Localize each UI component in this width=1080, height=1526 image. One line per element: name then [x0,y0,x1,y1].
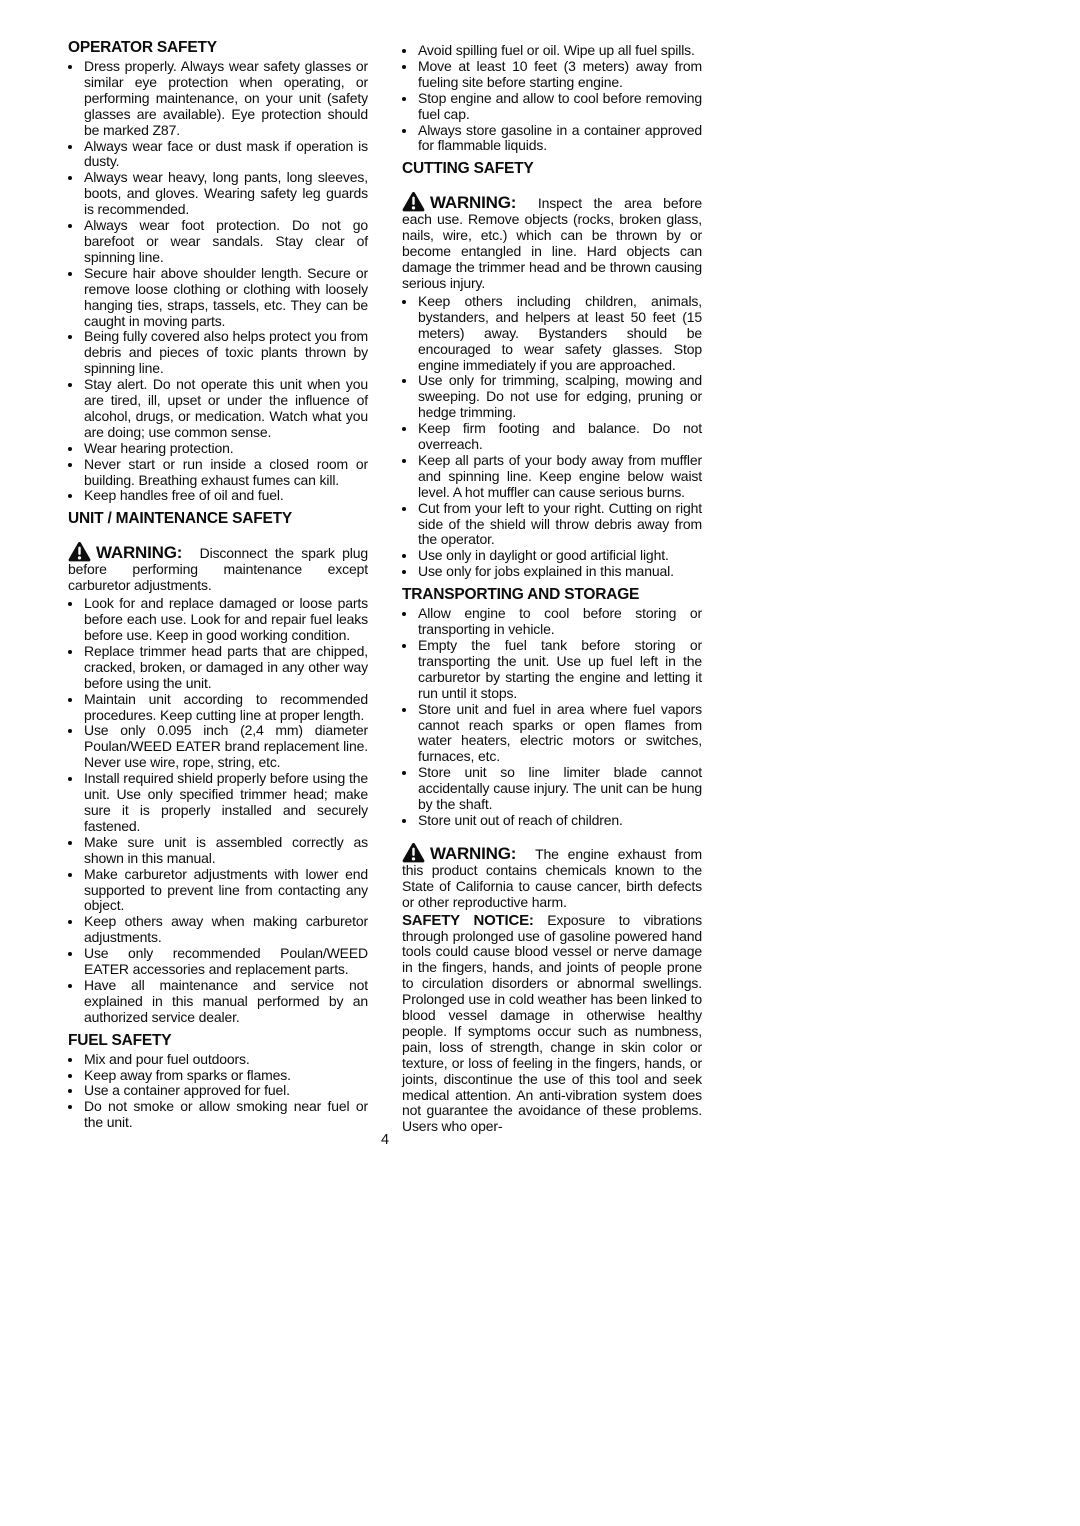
bullet-item: Empty the fuel tank before storing or tr… [417,638,702,702]
bullet-list: Mix and pour fuel outdoors.Keep away fro… [68,1052,368,1132]
bullet-item: Store unit so line limiter blade cannot … [417,765,702,813]
bullet-item: Keep handles free of oil and fuel. [83,488,368,504]
warning-label: WARNING: [96,543,182,562]
safety-notice-text: Exposure to vibrations through prolonged… [402,912,702,1135]
bullet-item: Make carburetor adjustments with lower e… [83,867,368,915]
warning-triangle-icon [402,842,425,863]
bullet-item: Store unit out of reach of children. [417,813,702,829]
bullet-item: Do not smoke or allow smoking near fuel … [83,1099,368,1131]
bullet-item: Cut from your left to your right. Cuttin… [417,501,702,549]
bullet-item: Install required shield properly before … [83,771,368,835]
bullet-item: Store unit and fuel in area where fuel v… [417,702,702,766]
warning-paragraph: WARNING: The engine exhaust from this pr… [402,842,702,911]
warning-paragraph: WARNING: Inspect the area before each us… [402,191,702,292]
warning-label: WARNING: [430,844,516,863]
bullet-list: Keep others including children, animals,… [402,294,702,580]
section-heading: UNIT / MAINTENANCE SAFETY [68,509,368,528]
warning-label: WARNING: [430,193,516,212]
bullet-item: Make sure unit is assembled correctly as… [83,835,368,867]
bullet-item: Use only for trimming, scalping, mowing … [417,373,702,421]
bullet-item: Stop engine and allow to cool before rem… [417,91,702,123]
bullet-list: Avoid spilling fuel or oil. Wipe up all … [402,43,702,154]
bullet-item: Being fully covered also helps protect y… [83,329,368,377]
bullet-item: Use only recommended Poulan/WEED EATER a… [83,946,368,978]
bullet-item: Always wear foot protection. Do not go b… [83,218,368,266]
bullet-list: Dress properly. Always wear safety glass… [68,59,368,504]
section-heading: OPERATOR SAFETY [68,38,368,57]
section-heading: FUEL SAFETY [68,1031,368,1050]
bullet-item: Always store gasoline in a container app… [417,123,702,155]
bullet-item: Dress properly. Always wear safety glass… [83,59,368,139]
bullet-item: Look for and replace damaged or loose pa… [83,596,368,644]
bullet-item: Allow engine to cool before storing or t… [417,606,702,638]
bullet-item: Use only 0.095 inch (2,4 mm) diameter Po… [83,723,368,771]
bullet-item: Secure hair above shoulder length. Secur… [83,266,368,330]
bullet-item: Keep others away when making carburetor … [83,914,368,946]
columns: OPERATOR SAFETYDress properly. Always we… [68,38,702,1135]
bullet-item: Use only for jobs explained in this manu… [417,564,702,580]
bullet-item: Keep away from sparks or flames. [83,1068,368,1084]
document-page: OPERATOR SAFETYDress properly. Always we… [0,0,1080,1526]
page-number: 4 [68,1132,702,1148]
bullet-item: Keep others including children, animals,… [417,294,702,374]
bullet-item: Stay alert. Do not operate this unit whe… [83,377,368,441]
section-heading: CUTTING SAFETY [402,159,702,178]
bullet-item: Always wear face or dust mask if operati… [83,139,368,171]
bullet-item: Wear hearing protection. [83,441,368,457]
bullet-item: Use a container approved for fuel. [83,1083,368,1099]
warning-triangle-icon [68,541,91,562]
bullet-item: Always wear heavy, long pants, long slee… [83,170,368,218]
bullet-item: Mix and pour fuel outdoors. [83,1052,368,1068]
bullet-item: Never start or run inside a closed room … [83,457,368,489]
bullet-item: Avoid spilling fuel or oil. Wipe up all … [417,43,702,59]
warning-triangle-icon [402,191,425,212]
bullet-list: Look for and replace damaged or loose pa… [68,596,368,1025]
bullet-item: Move at least 10 feet (3 meters) away fr… [417,59,702,91]
bullet-item: Have all maintenance and service not exp… [83,978,368,1026]
safety-notice-paragraph: SAFETY NOTICE: Exposure to vibrations th… [402,913,702,1136]
safety-notice-label: SAFETY NOTICE: [402,912,534,929]
bullet-item: Keep all parts of your body away from mu… [417,453,702,501]
bullet-item: Maintain unit according to recommended p… [83,692,368,724]
bullet-list: Allow engine to cool before storing or t… [402,606,702,829]
warning-paragraph: WARNING: Disconnect the spark plug befor… [68,541,368,594]
section-heading: TRANSPORTING AND STORAGE [402,585,702,604]
left-column: OPERATOR SAFETYDress properly. Always we… [68,38,368,1135]
bullet-item: Use only in daylight or good artificial … [417,548,702,564]
bullet-item: Keep firm footing and balance. Do not ov… [417,421,702,453]
right-column: Avoid spilling fuel or oil. Wipe up all … [402,38,702,1135]
bullet-item: Replace trimmer head parts that are chip… [83,644,368,692]
